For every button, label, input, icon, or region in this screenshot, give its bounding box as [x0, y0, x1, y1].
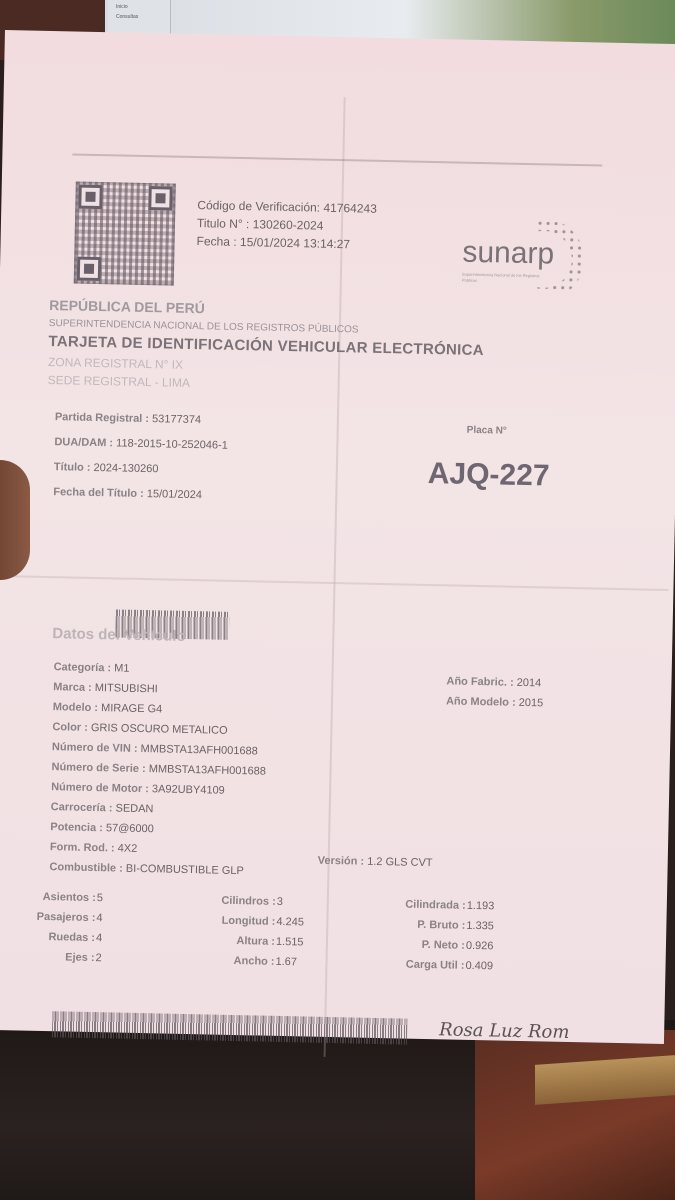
qr-finder — [77, 257, 101, 281]
dua-value: 118-2015-10-252046-1 — [116, 437, 228, 451]
background-menu-item: Consultas — [108, 10, 170, 20]
vehicle-field-label: Combustible : — [49, 861, 123, 875]
spec-label: Ejes : — [65, 951, 95, 964]
background-wooden-furniture — [475, 1030, 675, 1200]
background-hand — [0, 460, 30, 580]
spec-label: Ruedas : — [48, 931, 95, 944]
vehicle-field-label: Modelo : — [53, 701, 98, 714]
year-fab-label: Año Fabric. : — [446, 675, 513, 688]
fecha-titulo-value: 15/01/2024 — [147, 488, 202, 501]
header-rule — [72, 153, 602, 166]
vehicle-field-label: Número de VIN : — [52, 741, 138, 755]
spec-value: 2 — [95, 952, 101, 964]
vehicle-field: Potencia : 57@6000 — [50, 821, 154, 835]
spec-label: Longitud : — [222, 915, 276, 928]
fecha-titulo: Fecha del Título : 15/01/2024 — [53, 486, 202, 501]
issue-date-value: 15/01/2024 13:14:27 — [240, 235, 350, 251]
vehicle-field-value: MMBSTA13AFH001688 — [140, 743, 257, 757]
title-number-value: 130260-2024 — [253, 217, 324, 232]
vehicle-field: Combustible : BI-COMBUSTIBLE GLP — [49, 861, 244, 877]
vehicle-field-value: M1 — [114, 662, 130, 674]
spec-value: 1.193 — [467, 900, 495, 913]
plate-label: Placa N° — [467, 425, 507, 437]
titulo: Título : 2024-130260 — [54, 461, 159, 475]
registry-zone: ZONA REGISTRAL N° IX — [48, 355, 183, 372]
vehicle-field-value: SEDAN — [115, 802, 153, 815]
partida-label: Partida Registral : — [55, 411, 149, 425]
country-heading: REPÚBLICA DEL PERÚ — [49, 297, 205, 316]
spec-label: Cilindros : — [221, 895, 276, 908]
verification-code-value: 41764243 — [323, 201, 377, 216]
vehicle-field: Color : GRIS OSCURO METALICO — [52, 721, 227, 737]
vehicle-field-label: Número de Motor : — [51, 781, 149, 795]
spec-value: 0.409 — [465, 960, 493, 973]
vehicle-field-label: Marca : — [53, 681, 92, 694]
vehicle-id-card-document: Código de Verificación: 41764243 Titulo … — [0, 30, 675, 1044]
vehicle-field-label: Color : — [52, 721, 88, 734]
fecha-titulo-label: Fecha del Título : — [53, 486, 144, 500]
year-model-label: Año Modelo : — [446, 695, 516, 708]
vehicle-field: Número de Serie : MMBSTA13AFH001688 — [51, 761, 266, 777]
dua-dam: DUA/DAM : 118-2015-10-252046-1 — [54, 436, 228, 452]
spec-label: Cilindrada : — [405, 899, 466, 912]
vehicle-field-label: Categoría : — [54, 661, 112, 674]
spec-value: 0.926 — [466, 940, 494, 953]
vehicle-field-label: Número de Serie : — [51, 761, 145, 775]
partida-registral: Partida Registral : 53177374 — [55, 411, 201, 426]
registry-seat: SEDE REGISTRAL - LIMA — [48, 373, 191, 390]
qr-code — [74, 182, 176, 286]
vehicle-field: Form. Rod. : 4X2 — [50, 841, 138, 855]
vehicle-field-value: MMBSTA13AFH001688 — [149, 763, 266, 777]
qr-finder — [78, 185, 102, 209]
vehicle-field: Marca : MITSUBISHI — [53, 681, 158, 695]
issue-date: Fecha : 15/01/2024 13:14:27 — [196, 232, 350, 253]
institution-heading: SUPERINTENDENCIA NACIONAL DE LOS REGISTR… — [49, 318, 359, 335]
vehicle-field: Carrocería : SEDAN — [51, 801, 154, 815]
spec-label: Altura : — [236, 935, 275, 948]
vehicle-field: Modelo : MIRAGE G4 — [53, 701, 163, 715]
sunarp-logo-subtitle: Superintendencia Nacional de los Registr… — [462, 272, 542, 286]
vehicle-field-value: 3A92UBY4109 — [152, 783, 225, 797]
vehicle-field: Categoría : M1 — [54, 661, 130, 675]
issue-date-label: Fecha : — [196, 234, 236, 249]
spec-value: 4.245 — [276, 916, 304, 929]
qr-finder — [148, 186, 172, 210]
spec-label: Pasajeros : — [37, 911, 96, 924]
vehicle-field-value: GRIS OSCURO METALICO — [91, 722, 228, 737]
spec-value: 4 — [96, 932, 102, 944]
document-title: TARJETA DE IDENTIFICACIÓN VEHICULAR ELEC… — [48, 333, 484, 359]
title-number-label: Titulo N° : — [197, 216, 250, 231]
wooden-ledge — [535, 1055, 675, 1105]
vehicle-field-value: MITSUBISHI — [95, 682, 158, 695]
vehicle-field-value: 4X2 — [118, 843, 138, 855]
partida-value: 53177374 — [152, 413, 201, 426]
spec-label: Ancho : — [233, 955, 274, 968]
titulo-value: 2024-130260 — [93, 462, 158, 475]
spec-label: P. Neto : — [422, 939, 465, 952]
spec-label: Asientos : — [43, 891, 96, 904]
dua-label: DUA/DAM : — [54, 436, 113, 449]
vehicle-field-value: 57@6000 — [106, 822, 154, 835]
spec-value: 3 — [277, 896, 283, 908]
year-model: Año Modelo : 2015 — [446, 695, 543, 709]
spec-value: 1.67 — [275, 956, 297, 968]
titulo-label: Título : — [54, 461, 91, 474]
version-label: Versión : — [318, 855, 365, 868]
spec-value: 1.515 — [276, 936, 304, 949]
vehicle-field-label: Form. Rod. : — [50, 841, 115, 854]
year-fabricated: Año Fabric. : 2014 — [446, 675, 541, 689]
vehicle-field-label: Carrocería : — [51, 801, 113, 814]
vehicle-field-value: BI-COMBUSTIBLE GLP — [126, 863, 244, 877]
signature: Rosa Luz Rom — [439, 1019, 570, 1043]
version-value: 1.2 GLS CVT — [367, 856, 433, 869]
spec-value: 1.335 — [466, 920, 494, 933]
spec-label: Carga Util : — [406, 959, 465, 972]
spec-label: P. Bruto : — [417, 919, 465, 932]
vehicle-field: Número de VIN : MMBSTA13AFH001688 — [52, 741, 258, 757]
plate-number: AJQ-227 — [427, 457, 549, 494]
vehicle-field-value: MIRAGE G4 — [101, 702, 162, 715]
version: Versión : 1.2 GLS CVT — [318, 855, 433, 869]
sunarp-logo: sunarp — [462, 236, 554, 272]
spec-value: 5 — [97, 892, 103, 904]
vehicle-section-title: Datos del Vehículo — [52, 625, 186, 645]
year-fab-value: 2014 — [517, 677, 542, 690]
year-model-value: 2015 — [519, 697, 544, 710]
spec-value: 4 — [96, 912, 102, 924]
background-menu-item: Inicio — [108, 0, 170, 10]
vehicle-field-label: Potencia : — [50, 821, 103, 834]
verification-code-label: Código de Verificación: — [197, 198, 320, 215]
vehicle-field: Número de Motor : 3A92UBY4109 — [51, 781, 225, 797]
